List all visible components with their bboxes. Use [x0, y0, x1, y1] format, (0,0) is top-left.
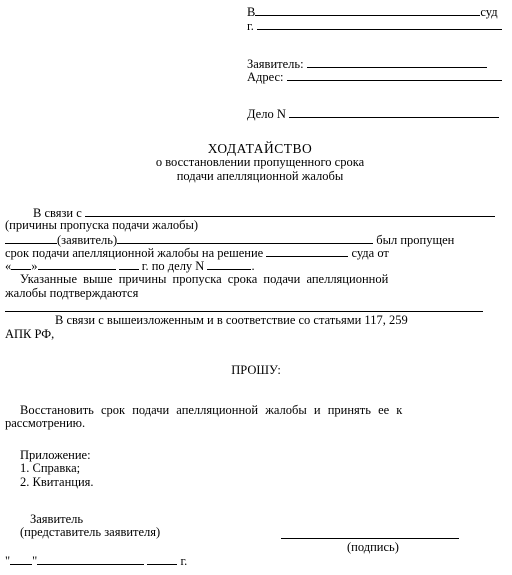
p3-line2: АПК РФ, [5, 327, 54, 342]
p3-line1: В связи с вышеизложенным и в соответстви… [55, 313, 408, 328]
address-label: Адрес: [247, 70, 284, 84]
court-prefix: В [247, 5, 255, 19]
signature-field[interactable] [281, 527, 459, 539]
date-line: "" г. [5, 553, 187, 569]
court-decision-field[interactable] [266, 245, 348, 257]
request-line2: рассмотрению. [5, 416, 85, 431]
date-year-field[interactable] [147, 553, 177, 565]
case-line: Дело N [247, 106, 499, 122]
city-prefix: г. [247, 19, 254, 33]
date-day-field[interactable] [10, 553, 32, 565]
day-field[interactable] [11, 258, 31, 270]
applicant-field[interactable] [307, 56, 487, 68]
city-line: г. [247, 18, 502, 34]
signer-role-hint: (представитель заявителя) [20, 525, 160, 540]
address-field[interactable] [287, 69, 502, 81]
applicant-name-field-b[interactable] [117, 232, 373, 244]
reason-hint: (причины пропуска подачи жалобы) [5, 218, 198, 233]
reason-field[interactable] [85, 205, 495, 217]
attachment-item: 2. Квитанция. [20, 475, 94, 490]
applicant-name-field-a[interactable] [5, 232, 57, 244]
document-subtitle-line2: подачи апелляционной жалобы [100, 169, 420, 184]
year-case-text: г. по делу N [142, 259, 205, 273]
city-field[interactable] [257, 18, 502, 30]
attachment-item: 1. Справка; [20, 461, 80, 476]
month-field[interactable] [38, 258, 116, 270]
request-heading: ПРОШУ: [0, 363, 512, 378]
p2-line1: Указанные выше причины пропуска срока по… [20, 272, 388, 287]
confirmation-field[interactable] [5, 300, 483, 312]
court-from-text: суда от [351, 246, 388, 260]
signature-hint: (подпись) [347, 540, 399, 555]
period: . [251, 259, 254, 273]
case-label: Дело N [247, 107, 286, 121]
case-number-field[interactable] [289, 106, 499, 118]
document-title: ХОДАТАЙСТВО [100, 141, 420, 156]
year-field[interactable] [119, 258, 139, 270]
document-subtitle-line1: о восстановлении пропущенного срока [100, 155, 420, 170]
court-name-field[interactable] [255, 4, 480, 16]
year-suffix: г. [180, 554, 187, 568]
case-no-field[interactable] [207, 258, 251, 270]
p2-line2: жалобы подтверждаются [5, 286, 138, 301]
date-month-field[interactable] [37, 553, 144, 565]
court-suffix: суд [480, 5, 497, 19]
address-line: Адрес: [247, 69, 502, 85]
